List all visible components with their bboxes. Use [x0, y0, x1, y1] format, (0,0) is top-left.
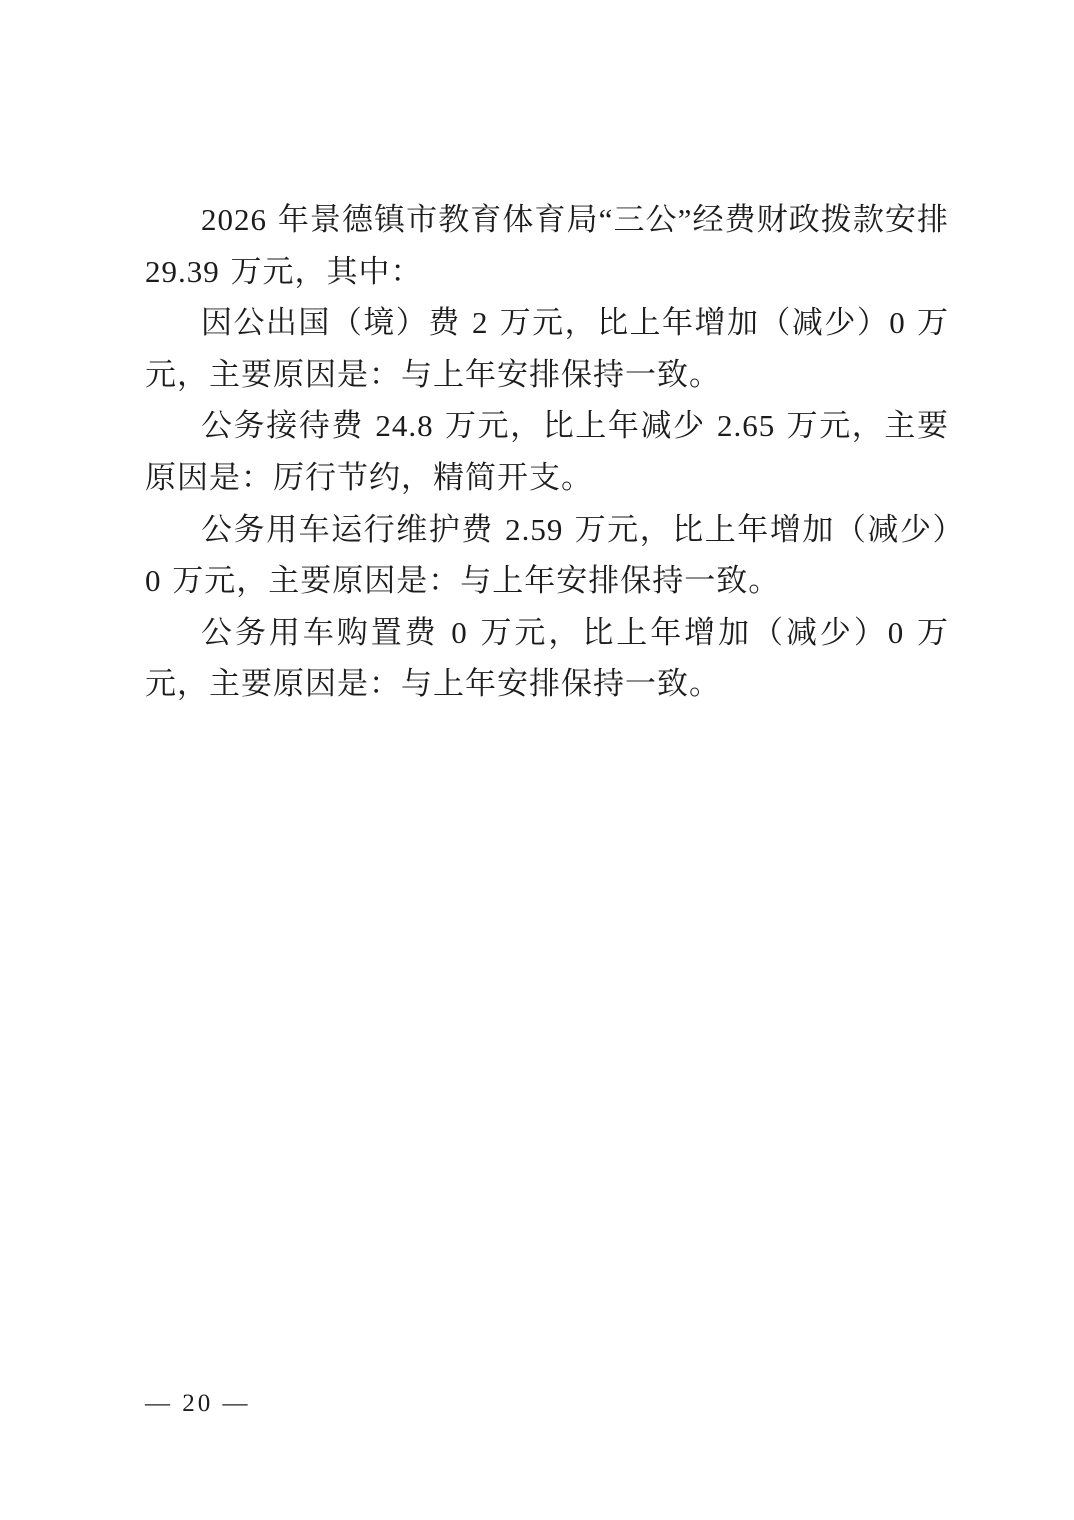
- paragraph-official-reception-expense: 公务接待费 24.8 万元，比上年减少 2.65 万元，主要原因是：厉行节约，精…: [145, 400, 949, 503]
- paragraph-overseas-travel-expense: 因公出国（境）费 2 万元，比上年增加（减少）0 万元，主要原因是：与上年安排保…: [145, 297, 949, 400]
- page-number: — 20 —: [145, 1390, 251, 1418]
- document-page: 2026 年景德镇市教育体育局“三公”经费财政拨款安排 29.39 万元，其中：…: [0, 0, 1074, 1520]
- paragraph-vehicle-operation-expense: 公务用车运行维护费 2.59 万元，比上年增加（减少）0 万元，主要原因是：与上…: [145, 504, 949, 607]
- paragraph-summary: 2026 年景德镇市教育体育局“三公”经费财政拨款安排 29.39 万元，其中：: [145, 194, 949, 297]
- paragraph-vehicle-purchase-expense: 公务用车购置费 0 万元，比上年增加（减少）0 万元，主要原因是：与上年安排保持…: [145, 607, 949, 710]
- document-body: 2026 年景德镇市教育体育局“三公”经费财政拨款安排 29.39 万元，其中：…: [145, 194, 949, 710]
